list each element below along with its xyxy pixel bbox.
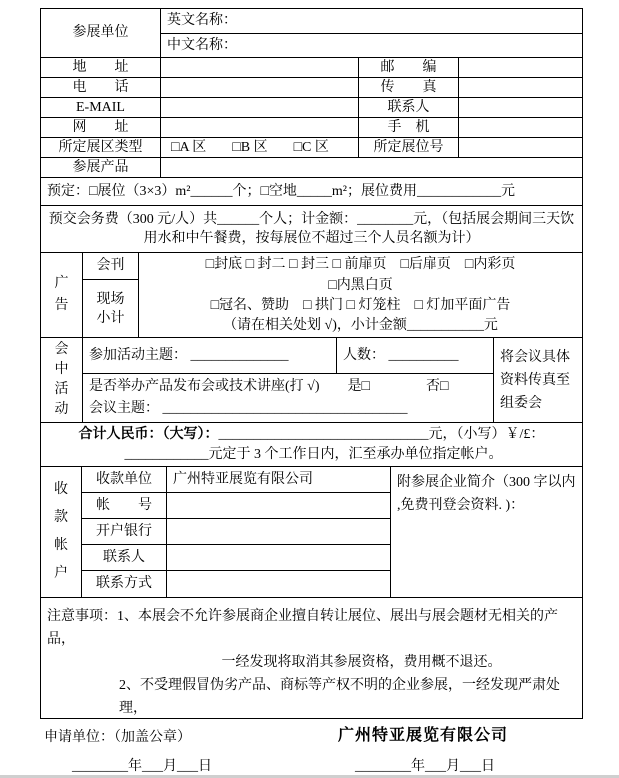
service-fee-line2: 用水和中午餐费，按每展位不超过三个人员名额为计） (138, 228, 486, 248)
mobile-label: 手 机 (358, 118, 458, 137)
service-fee-row: 预交会务费（300 元/人）共______个人；计金额：________元，（包… (41, 205, 582, 252)
products-value-cell[interactable] (160, 158, 582, 177)
fax-value-cell[interactable] (458, 78, 582, 97)
activity-label: 会中活动 (41, 338, 82, 422)
payee-name-label: 收款单位 (82, 467, 167, 492)
booking-row: 预定：□展位（3×3）m²______个；□空地_____m²；展位费用____… (41, 177, 582, 205)
contact-method-value-cell[interactable] (167, 571, 390, 597)
application-form-document: 参展单位 英文名称： 中文名称： 地 址 邮 编 电 话 传 真 E-MAIL … (0, 0, 619, 778)
advertising-subtypes-cell: 会刊 现场小计 (82, 253, 138, 337)
fax-label: 传 真 (358, 78, 458, 97)
booking-line[interactable]: 预定：□展位（3×3）m²______个；□空地_____m²；展位费用____… (41, 178, 582, 205)
account-number-label: 帐 号 (82, 493, 167, 518)
email-row: E-MAIL 联系人 (41, 97, 582, 117)
journal-label: 会刊 (83, 253, 138, 280)
booth-number-value-cell[interactable] (458, 138, 582, 157)
zone-row: 所定展区类型 □A 区 □B 区 □C 区 所定展位号 (41, 137, 582, 157)
total-amount-row: 合计人民币：（大写）：_____________________________… (41, 422, 582, 466)
account-contact-subrow: 联系人 (82, 545, 390, 571)
account-number-value-cell[interactable] (167, 493, 390, 518)
advertising-row: 广告 会刊 现场小计 □封底 □ 封二 □ 封三 □ 前扉页 □后扉页 □内彩页… (41, 252, 582, 337)
notes-label: 注意事项： (47, 609, 117, 624)
email-value-cell[interactable] (160, 98, 358, 117)
activity-theme-subrow: 参加活动主题： ______________ 人数： __________ (83, 338, 493, 374)
form-table: 参展单位 英文名称： 中文名称： 地 址 邮 编 电 话 传 真 E-MAIL … (40, 8, 583, 719)
bank-subrow: 开户银行 (82, 519, 390, 545)
checkbox-zone-a[interactable]: □A 区 (171, 139, 206, 157)
mobile-value-cell[interactable] (458, 118, 582, 137)
account-number-subrow: 帐 号 (82, 493, 390, 519)
email-label: E-MAIL (41, 98, 160, 117)
exhibitor-row: 参展单位 英文名称： 中文名称： (41, 9, 582, 57)
activity-theme-field[interactable]: 参加活动主题： ______________ (83, 338, 337, 373)
onsite-subtotal-label: 现场小计 (83, 280, 138, 337)
ad-options-line3[interactable]: □冠名、赞助 □ 拱门 □ 灯笼柱 □ 灯加平面广告 (205, 296, 517, 316)
total-amount-blank[interactable]: ______________________________元，（小写）￥/£： (219, 427, 545, 442)
chinese-name-field[interactable]: 中文名称： (161, 34, 582, 57)
contact-method-subrow: 联系方式 (82, 571, 390, 597)
notes-item1: 1、本展会不允许参展商企业擅自转让展位、展出与展会题材无相关的产品， (47, 609, 558, 647)
payee-name-value: 广州特亚展览有限公司 (167, 467, 390, 492)
advertising-label: 广告 (41, 253, 82, 337)
total-amount-line2: ____________元定于 3 个工作日内，汇至承办单位指定帐户。 (115, 444, 509, 464)
ad-subtotal-line[interactable]: （请在相关处划 √)，小计金额___________元 (217, 316, 504, 337)
payee-name-subrow: 收款单位 广州特亚展览有限公司 (82, 467, 390, 493)
organizer-name: 广州特亚展览有限公司 (338, 726, 508, 746)
zone-type-label: 所定展区类型 (41, 138, 160, 157)
exhibitor-names-cell: 英文名称： 中文名称： (160, 9, 582, 57)
payee-account-fields: 收款单位 广州特亚展览有限公司 帐 号 开户银行 联系人 联系方式 (81, 467, 390, 597)
notes-row: 注意事项：1、本展会不允许参展商企业擅自转让展位、展出与展会题材无相关的产品， … (41, 597, 582, 718)
website-row: 网 址 手 机 (41, 117, 582, 137)
phone-label: 电 话 (41, 78, 160, 97)
applicant-date-field[interactable]: ________年___月___日 (72, 758, 212, 776)
booth-number-label: 所定展位号 (358, 138, 458, 157)
products-label: 参展产品 (41, 158, 160, 177)
activity-row: 会中活动 参加活动主题： ______________ 人数： ________… (41, 337, 582, 422)
payee-account-row: 收款帐户 收款单位 广州特亚展览有限公司 帐 号 开户银行 联系人 (41, 466, 582, 597)
bank-label: 开户银行 (82, 519, 167, 544)
total-amount-label: 合计人民币：（大写）： (79, 427, 219, 442)
advertising-options-cell: □封底 □ 封二 □ 封三 □ 前扉页 □后扉页 □内彩页 □内黑白页 □冠名、… (138, 253, 582, 337)
ad-options-line1[interactable]: □封底 □ 封二 □ 封三 □ 前扉页 □后扉页 □内彩页 (200, 254, 522, 276)
phone-row: 电 话 传 真 (41, 77, 582, 97)
payee-account-label: 收款帐户 (41, 467, 81, 597)
english-name-field[interactable]: 英文名称： (161, 9, 582, 34)
address-value-cell[interactable] (160, 58, 358, 77)
account-contact-label: 联系人 (82, 545, 167, 570)
seminar-subrow: 是否举办产品发布会或技术讲座(打 √) 是□ 否□ 会议主题： ________… (83, 374, 493, 422)
contact-method-label: 联系方式 (82, 571, 167, 597)
activity-note: 将会议具体资料传真至组委会 (493, 338, 582, 422)
checkbox-zone-c[interactable]: □C 区 (294, 139, 329, 157)
address-label: 地 址 (41, 58, 160, 77)
postcode-label: 邮 编 (358, 58, 458, 77)
company-profile-note: 附参展企业简介（300 字以内 ,免费刊登会资料. )： (390, 467, 582, 597)
activity-people-field[interactable]: 人数： __________ (337, 338, 493, 373)
products-row: 参展产品 (41, 157, 582, 177)
postcode-value-cell[interactable] (458, 58, 582, 77)
zone-options-cell: □A 区 □B 区 □C 区 (160, 138, 358, 157)
address-row: 地 址 邮 编 (41, 57, 582, 77)
notes-item2: 2、不受理假冒伪劣产品、商标等产权不明的企业参展，一经发现严肃处理， (41, 674, 582, 718)
ad-options-line2[interactable]: □内黑白页 (322, 276, 398, 296)
exhibitor-label: 参展单位 (41, 9, 160, 57)
service-fee-line1[interactable]: 预交会务费（300 元/人）共______个人；计金额：________元，（包… (43, 211, 580, 229)
website-label: 网 址 (41, 118, 160, 137)
contact-value-cell[interactable] (458, 98, 582, 117)
seminar-topic-field[interactable]: 会议主题： __________________________________… (83, 398, 493, 420)
phone-value-cell[interactable] (160, 78, 358, 97)
activity-content-cell: 参加活动主题： ______________ 人数： __________ 是否… (82, 338, 493, 422)
account-contact-value-cell[interactable] (167, 545, 390, 570)
checkbox-zone-b[interactable]: □B 区 (232, 139, 267, 157)
applicant-label: 申请单位：（加盖公章） (44, 729, 191, 747)
seminar-question-line[interactable]: 是否举办产品发布会或技术讲座(打 √) 是□ 否□ (83, 376, 493, 398)
organizer-date-field[interactable]: ________年___月___日 (355, 758, 495, 776)
notes-item1b: 一经发现将取消其参展资格，费用概不退还。 (116, 651, 508, 674)
bank-value-cell[interactable] (167, 519, 390, 544)
contact-label: 联系人 (358, 98, 458, 117)
website-value-cell[interactable] (160, 118, 358, 137)
